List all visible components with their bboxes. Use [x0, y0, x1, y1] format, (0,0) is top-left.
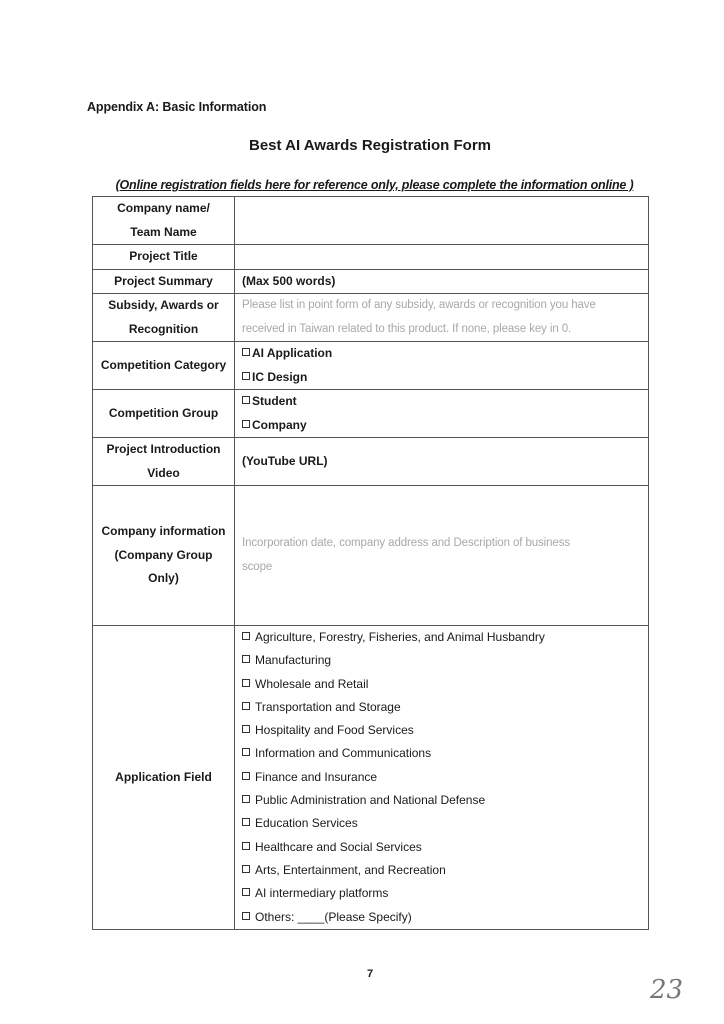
- checkbox-application-field-option[interactable]: Information and Communications: [242, 742, 648, 765]
- company-info-hint-line-1: Incorporation date, company address and …: [242, 532, 648, 556]
- label-competition-group: Competition Group: [93, 390, 235, 438]
- checkbox-icon: [242, 702, 250, 710]
- checkbox-application-field-option[interactable]: Manufacturing: [242, 649, 648, 672]
- label-project-title: Project Title: [93, 245, 235, 270]
- checkbox-icon: [242, 679, 250, 687]
- field-competition-group: Student Company: [235, 390, 649, 438]
- checkbox-icon: [242, 818, 250, 826]
- label-company-info: Company information (Company Group Only): [93, 486, 235, 626]
- checkbox-application-field-option[interactable]: Arts, Entertainment, and Recreation: [242, 859, 648, 882]
- checkbox-application-field-option[interactable]: Public Administration and National Defen…: [242, 789, 648, 812]
- row-project-title: Project Title: [93, 245, 649, 270]
- row-company-name: Company name/ Team Name: [93, 197, 649, 245]
- youtube-url-note: (YouTube URL): [242, 454, 328, 468]
- label-application-field: Application Field: [93, 626, 235, 930]
- checkbox-application-field-option[interactable]: Transportation and Storage: [242, 696, 648, 719]
- checkbox-application-field-option[interactable]: Finance and Insurance: [242, 766, 648, 789]
- checkbox-application-field-option[interactable]: Healthcare and Social Services: [242, 836, 648, 859]
- label-competition-category: Competition Category: [93, 342, 235, 390]
- field-competition-category: AI Application IC Design: [235, 342, 649, 390]
- row-competition-category: Competition Category AI Application IC D…: [93, 342, 649, 390]
- label-project-summary: Project Summary: [93, 269, 235, 294]
- field-subsidy-awards[interactable]: Please list in point form of any subsidy…: [235, 294, 649, 342]
- checkbox-student[interactable]: Student: [242, 390, 648, 414]
- checkbox-icon: [242, 396, 250, 404]
- subsidy-hint-line-2: received in Taiwan related to this produ…: [242, 318, 648, 342]
- label-intro-video: Project Introduction Video: [93, 438, 235, 486]
- company-info-hint-line-2: scope: [242, 556, 648, 580]
- subsidy-hint-line-1: Please list in point form of any subsidy…: [242, 294, 648, 318]
- checkbox-icon: [242, 888, 250, 896]
- row-intro-video: Project Introduction Video (YouTube URL): [93, 438, 649, 486]
- checkbox-application-field-option[interactable]: Wholesale and Retail: [242, 673, 648, 696]
- checkbox-icon: [242, 912, 250, 920]
- checkbox-company[interactable]: Company: [242, 414, 648, 438]
- checkbox-icon: [242, 372, 250, 380]
- checkbox-icon: [242, 420, 250, 428]
- row-project-summary: Project Summary (Max 500 words): [93, 269, 649, 294]
- appendix-heading: Appendix A: Basic Information: [87, 100, 266, 114]
- label-subsidy-awards: Subsidy, Awards or Recognition: [93, 294, 235, 342]
- checkbox-icon: [242, 842, 250, 850]
- checkbox-icon: [242, 865, 250, 873]
- row-company-info: Company information (Company Group Only)…: [93, 486, 649, 626]
- handwritten-mark: 23: [650, 975, 683, 1005]
- field-application-field: Agriculture, Forestry, Fisheries, and An…: [235, 626, 649, 930]
- row-application-field: Application Field Agriculture, Forestry,…: [93, 626, 649, 930]
- checkbox-application-field-option[interactable]: Agriculture, Forestry, Fisheries, and An…: [242, 626, 648, 649]
- registration-form-table: Company name/ Team Name Project Title Pr…: [92, 196, 649, 930]
- checkbox-icon: [242, 348, 250, 356]
- form-title: Best AI Awards Registration Form: [0, 137, 724, 154]
- checkbox-icon: [242, 725, 250, 733]
- checkbox-application-field-option[interactable]: Others: ____(Please Specify): [242, 906, 648, 929]
- checkbox-application-field-option[interactable]: Education Services: [242, 812, 648, 835]
- field-project-title[interactable]: [235, 245, 649, 270]
- checkbox-application-field-option[interactable]: Hospitality and Food Services: [242, 719, 648, 742]
- checkbox-icon: [242, 748, 250, 756]
- field-company-name[interactable]: [235, 197, 649, 245]
- checkbox-application-field-option[interactable]: AI intermediary platforms: [242, 882, 648, 905]
- label-company-name: Company name/ Team Name: [93, 197, 235, 245]
- checkbox-icon: [242, 795, 250, 803]
- summary-limit-note: (Max 500 words): [242, 274, 335, 288]
- checkbox-ic-design[interactable]: IC Design: [242, 366, 648, 390]
- field-intro-video[interactable]: (YouTube URL): [235, 438, 649, 486]
- online-registration-note: (Online registration fields here for ref…: [92, 178, 657, 192]
- row-competition-group: Competition Group Student Company: [93, 390, 649, 438]
- checkbox-icon: [242, 632, 250, 640]
- checkbox-icon: [242, 772, 250, 780]
- field-project-summary[interactable]: (Max 500 words): [235, 269, 649, 294]
- page-number: 7: [367, 968, 373, 980]
- checkbox-icon: [242, 655, 250, 663]
- field-company-info[interactable]: Incorporation date, company address and …: [235, 486, 649, 626]
- checkbox-ai-application[interactable]: AI Application: [242, 342, 648, 366]
- row-subsidy-awards: Subsidy, Awards or Recognition Please li…: [93, 294, 649, 342]
